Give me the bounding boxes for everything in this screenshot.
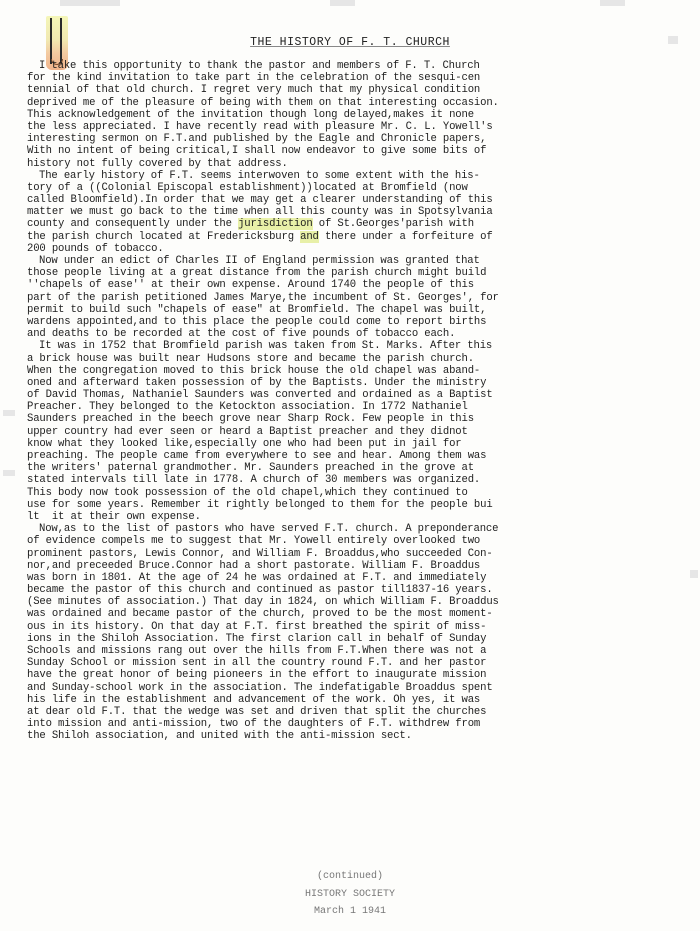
text-line: the less appreciated. I have recently re… xyxy=(27,121,687,133)
text-line: tory of a ((Colonial Episcopal establish… xyxy=(27,182,687,194)
text-line: tennial of that old church. I regret ver… xyxy=(27,84,687,96)
text-line: oned and afterward taken possession of b… xyxy=(27,377,687,389)
scan-artifact xyxy=(3,410,15,416)
document-page: THE HISTORY OF F. T. CHURCH I take this … xyxy=(0,0,700,931)
text-line: nor,and preceeded Bruce.Connor had a sho… xyxy=(27,560,687,572)
text-line: prominent pastors, Lewis Connor, and Wil… xyxy=(27,548,687,560)
text-line: use for some years. Remember it rightly … xyxy=(27,499,687,511)
text-line: This body now took possession of the old… xyxy=(27,487,687,499)
text-line: It was in 1752 that Bromfield parish was… xyxy=(27,340,687,352)
paragraph: The early history of F.T. seems interwov… xyxy=(27,170,687,255)
text-line: When the congregation moved to this bric… xyxy=(27,365,687,377)
text-line: preaching. The people came from everywhe… xyxy=(27,450,687,462)
highlighted-word: jurisdiction xyxy=(238,218,313,230)
text-line: for the kind invitation to take part in … xyxy=(27,72,687,84)
text-line: The early history of F.T. seems interwov… xyxy=(27,170,687,182)
text-line: 200 pounds of tobacco. xyxy=(27,243,687,255)
text-line: the Shiloh association, and united with … xyxy=(27,730,687,742)
text-line: the writers' paternal grandmother. Mr. S… xyxy=(27,462,687,474)
text-line: Sunday School or mission sent in all the… xyxy=(27,657,687,669)
text-line: wardens appointed,and to this place the … xyxy=(27,316,687,328)
paragraph: It was in 1752 that Bromfield parish was… xyxy=(27,340,687,523)
document-body: I take this opportunity to thank the pas… xyxy=(27,60,687,743)
scan-artifact xyxy=(600,0,625,6)
footer-society: HISTORY SOCIETY xyxy=(0,889,700,900)
text-line: county and consequently under the jurisd… xyxy=(27,218,687,230)
text-line: was born in 1801. At the age of 24 he wa… xyxy=(27,572,687,584)
text-line: part of the parish petitioned James Mary… xyxy=(27,292,687,304)
footer-date: March 1 1941 xyxy=(0,906,700,917)
scan-artifact xyxy=(330,0,355,6)
paragraph: Now under an edict of Charles II of Engl… xyxy=(27,255,687,340)
text-line: of David Thomas, Nathaniel Saunders was … xyxy=(27,389,687,401)
text-line: ions in the Shiloh Association. The firs… xyxy=(27,633,687,645)
text-line: Preacher. They belonged to the Ketockton… xyxy=(27,401,687,413)
text-line: matter we must go back to the time when … xyxy=(27,206,687,218)
text-line: upper country had ever seen or heard a B… xyxy=(27,426,687,438)
footer-continued: (continued) xyxy=(0,871,700,882)
paragraph: I take this opportunity to thank the pas… xyxy=(27,60,687,170)
text-line: and Sunday-school work in the associatio… xyxy=(27,682,687,694)
text-line: interesting sermon on F.T.and published … xyxy=(27,133,687,145)
text-line: and deaths to be recorded at the cost of… xyxy=(27,328,687,340)
text-line: became the pastor of this church and con… xyxy=(27,584,687,596)
text-line: stated intervals till late in 1778. A ch… xyxy=(27,474,687,486)
text-line: permit to build such "chapels of ease" a… xyxy=(27,304,687,316)
scan-artifact xyxy=(60,0,120,6)
text-line: Saunders preached in the beech grove nea… xyxy=(27,413,687,425)
document-title: THE HISTORY OF F. T. CHURCH xyxy=(0,36,700,49)
text-line: ''chapels of ease'' at their own expense… xyxy=(27,279,687,291)
text-line: at dear old F.T. that the wedge was set … xyxy=(27,706,687,718)
text-line: called Bloomfield).In order that we may … xyxy=(27,194,687,206)
text-line: This acknowledgement of the invitation t… xyxy=(27,109,687,121)
text-line: lt it at their own expense. xyxy=(27,511,687,523)
highlighted-word: and xyxy=(300,231,319,243)
scan-artifact xyxy=(3,470,15,476)
text-line: those people living at a great distance … xyxy=(27,267,687,279)
text-line: With no intent of being critical,I shall… xyxy=(27,145,687,157)
text-line: I take this opportunity to thank the pas… xyxy=(27,60,687,72)
text-line: deprived me of the pleasure of being wit… xyxy=(27,97,687,109)
paragraph: Now,as to the list of pastors who have s… xyxy=(27,523,687,742)
text-line: Now under an edict of Charles II of Engl… xyxy=(27,255,687,267)
text-line: ous in its history. On that day at F.T. … xyxy=(27,621,687,633)
scan-artifact xyxy=(690,570,698,578)
text-line: (See minutes of association.) That day i… xyxy=(27,596,687,608)
text-line: Schools and missions rang out over the h… xyxy=(27,645,687,657)
text-line: into mission and anti-mission, two of th… xyxy=(27,718,687,730)
text-line: his life in the establishment and advanc… xyxy=(27,694,687,706)
text-line: history not fully covered by that addres… xyxy=(27,158,687,170)
text-line: Now,as to the list of pastors who have s… xyxy=(27,523,687,535)
text-line: have the great honor of being pioneers i… xyxy=(27,669,687,681)
text-line: the parish church located at Fredericksb… xyxy=(27,231,687,243)
text-line: a brick house was built near Hudsons sto… xyxy=(27,353,687,365)
title-text: THE HISTORY OF F. T. CHURCH xyxy=(250,36,450,49)
text-line: of evidence compels me to suggest that M… xyxy=(27,535,687,547)
text-line: know what they looked like,especially on… xyxy=(27,438,687,450)
text-line: was ordained and became pastor of the ch… xyxy=(27,608,687,620)
